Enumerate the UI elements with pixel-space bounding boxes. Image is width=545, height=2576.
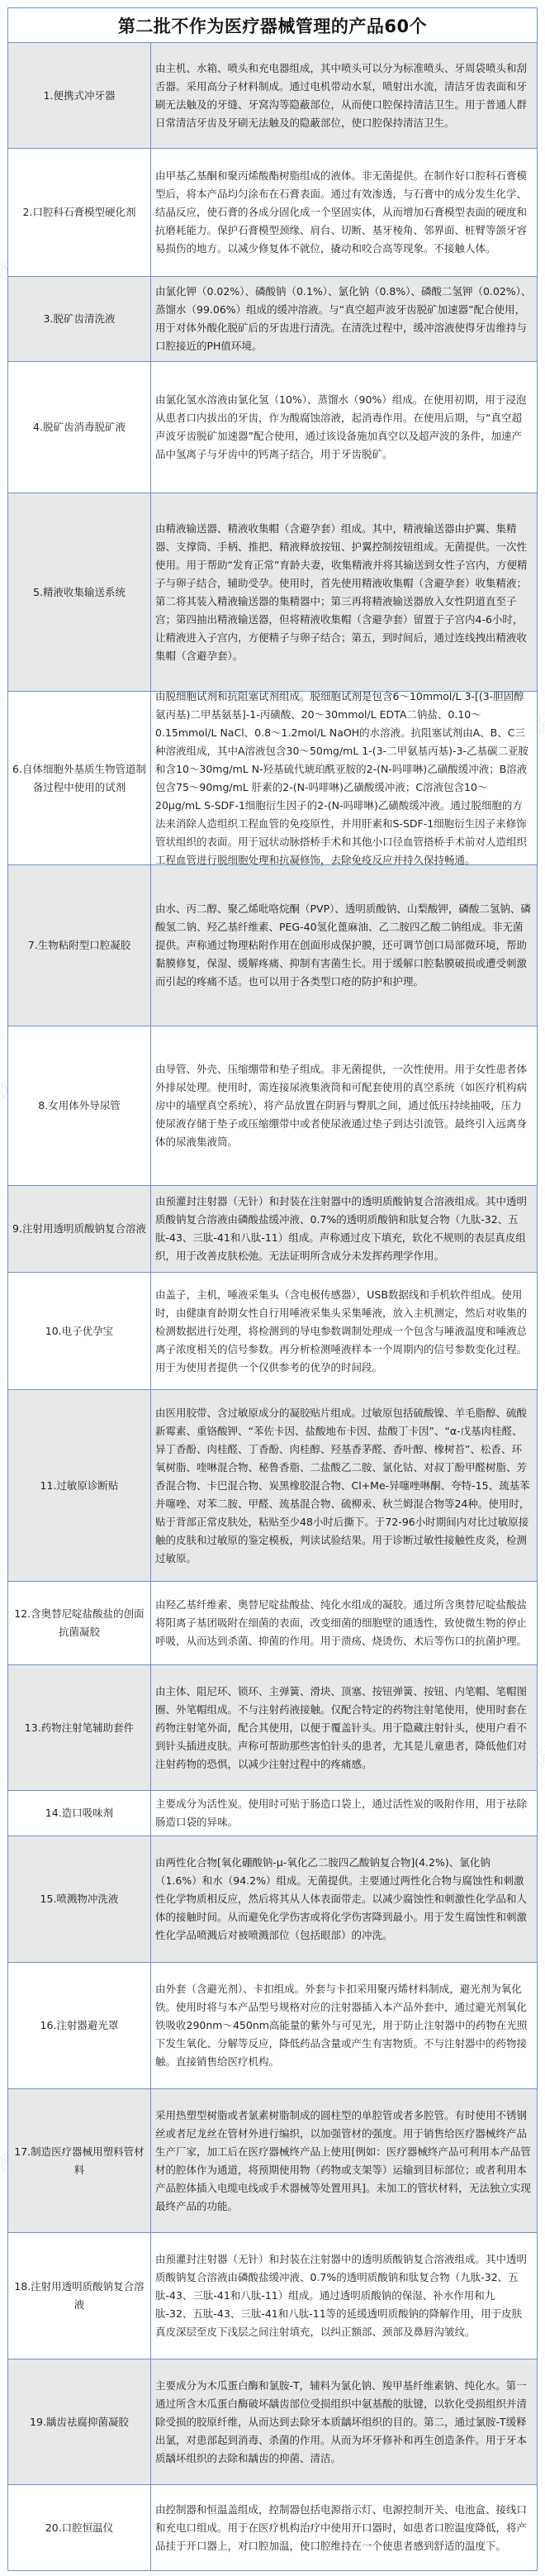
table-row: 2.口腔科石膏模型硬化剂 由甲基乙基酮和聚丙烯酸酯树脂组成的液体。非无菌提供。在… [8, 149, 537, 277]
table-row: 16.注射器避光罩 由外套（含避光剂）、卡扣组成。外套与卡扣采用聚丙烯材料制成，… [8, 1963, 537, 2089]
product-name: 14.造口吸味剂 [8, 1791, 151, 1836]
product-name: 11.过敏原诊断贴 [8, 1390, 151, 1581]
product-description: 由主机、水箱、喷头和充电器组成，其中喷头可以分为标准喷头、牙周袋喷头和刮舌器。采… [151, 43, 537, 148]
product-description: 由外套（含避光剂）、卡扣组成。外套与卡扣采用聚丙烯材料制成，避光剂为氧化铁。使用… [151, 1963, 537, 2088]
product-name: 13.药物注射笔辅助套件 [8, 1665, 151, 1790]
product-description: 由羟乙基纤维素、奥替尼啶盐酸盐、纯化水组成的凝胶。通过所含奥替尼啶盐酸盐将阳离子… [151, 1582, 537, 1664]
product-name: 4.脱矿齿消毒脱矿液 [8, 362, 151, 493]
table-row: 17.制造医疗器械用塑料管材料 采用热塑型树脂或者氯素树脂制成的圆柱型的单腔管或… [8, 2089, 537, 2233]
product-description: 由氯化氢水溶液由氯化氢（10%）、蒸馏水（90%）组成。在使用初期，用于浸泡从患… [151, 362, 537, 493]
product-name: 15.喷溅物冲洗液 [8, 1836, 151, 1962]
table-row: 14.造口吸味剂 主要成分为活性炭。使用时可贴于肠造口袋上，通过活性炭的吸附作用… [8, 1791, 537, 1836]
table-row: 4.脱矿齿消毒脱矿液 由氯化氢水溶液由氯化氢（10%）、蒸馏水（90%）组成。在… [8, 362, 537, 493]
product-description: 由预灌封注射器（无针）和封装在注射器中的透明质酸钠复合溶液组成。其中透明质酸钠复… [151, 2233, 537, 2359]
product-table: 第二批不作为医疗器械管理的产品60个 1.便携式冲牙器 由主机、水箱、喷头和充电… [7, 7, 538, 2571]
product-description: 由导管、外壳、压缩绷带和垫子组成。非无菌提供，一次性使用。用于女性患者体外排尿处… [151, 1026, 537, 1185]
table-row: 7.生物粘附型口腔凝胶 由水、丙二醇、聚乙烯吡咯烷酮（PVP）、透明质酸钠、山梨… [8, 865, 537, 1026]
product-description: 由甲基乙基酮和聚丙烯酸酯树脂组成的液体。非无菌提供。在制作好口腔科石膏模型后，将… [151, 149, 537, 276]
table-row: 15.喷溅物冲洗液 由两性化合物[氧化硼酸钠-μ-氧化乙二胺四乙酸钠复合物](4… [8, 1836, 537, 1963]
product-description: 由脱细胞试剂和抗阻塞试剂组成。脱细胞试剂是包含6～10mmol/L 3-[(3-… [151, 692, 537, 864]
table-row: 13.药物注射笔辅助套件 由主体、阻尼环、锁环、主弹簧、滑块、顶塞、按钮弹簧、按… [8, 1665, 537, 1791]
product-name: 10.电子优孕宝 [8, 1273, 151, 1389]
table-row: 6.自体细胞外基质生物管道制备过程中使用的试剂 由脱细胞试剂和抗阻塞试剂组成。脱… [8, 692, 537, 865]
table-row: 1.便携式冲牙器 由主机、水箱、喷头和充电器组成，其中喷头可以分为标准喷头、牙周… [8, 43, 537, 149]
table-row: 9.注射用透明质酸钠复合溶液 由预灌封注射器（无针）和封装在注射器中的透明质酸钠… [8, 1186, 537, 1273]
table-row: 18.注射用透明质酸钠复合溶液 由预灌封注射器（无针）和封装在注射器中的透明质酸… [8, 2233, 537, 2359]
product-description: 由精液输送器、精液收集帽（含避孕套）组成。其中，精液输送器由护翼、集精器、支撑筒… [151, 493, 537, 691]
product-description: 由主体、阻尼环、锁环、主弹簧、滑块、顶塞、按钮弹簧、按钮、内笔帽、笔帽图圈、外笔… [151, 1665, 537, 1790]
table-row: 10.电子优孕宝 由盖子，主机，唾液采集头（含电极传感器），USB数据线和手机软… [8, 1273, 537, 1390]
product-name: 19.龋齿祛腐抑菌凝胶 [8, 2359, 151, 2484]
product-description: 主要成分为木瓜蛋白酶和氯胺-T，辅料为氯化钠、羧甲基纤维素钠、纯化水。第一通过所… [151, 2359, 537, 2484]
table-row: 20.口腔恒温仪 由控制器和恒温盖组成，控制器包括电源指示灯、电源控制开关、电池… [8, 2485, 537, 2570]
product-name: 20.口腔恒温仪 [8, 2485, 151, 2570]
table-row: 3.脱矿齿清洗液 由氯化钾（0.02%）、磷酸钠（0.1%）、氯化钠（0.8%）… [8, 277, 537, 362]
product-name: 1.便携式冲牙器 [8, 43, 151, 148]
table-row: 11.过敏原诊断贴 由医用胶带、含过敏原成分的凝胶贴片组成。过敏原包括硫酸镍、羊… [8, 1390, 537, 1582]
product-name: 12.含奥替尼啶盐酸盐的创面抗菌凝胶 [8, 1582, 151, 1664]
product-name: 5.精液收集输送系统 [8, 493, 151, 691]
product-name: 6.自体细胞外基质生物管道制备过程中使用的试剂 [8, 692, 151, 864]
product-description: 由水、丙二醇、聚乙烯吡咯烷酮（PVP）、透明质酸钠、山梨酸钾，磷酸二氢钠、磷酸氢… [151, 865, 537, 1026]
table-row: 5.精液收集输送系统 由精液输送器、精液收集帽（含避孕套）组成。其中，精液输送器… [8, 493, 537, 692]
product-name: 18.注射用透明质酸钠复合溶液 [8, 2233, 151, 2359]
product-name: 9.注射用透明质酸钠复合溶液 [8, 1186, 151, 1272]
table-row: 8.女用体外导尿管 由导管、外壳、压缩绷带和垫子组成。非无菌提供，一次性使用。用… [8, 1026, 537, 1186]
product-name: 2.口腔科石膏模型硬化剂 [8, 149, 151, 276]
product-name: 16.注射器避光罩 [8, 1963, 151, 2088]
product-description: 主要成分为活性炭。使用时可贴于肠造口袋上，通过活性炭的吸附作用，用于祛除肠造口袋… [151, 1791, 537, 1836]
product-name: 3.脱矿齿清洗液 [8, 277, 151, 361]
table-row: 12.含奥替尼啶盐酸盐的创面抗菌凝胶 由羟乙基纤维素、奥替尼啶盐酸盐、纯化水组成… [8, 1582, 537, 1665]
product-description: 由预灌封注射器（无针）和封装在注射器中的透明质酸钠复合溶液组成。其中透明质酸钠复… [151, 1186, 537, 1272]
product-name: 8.女用体外导尿管 [8, 1026, 151, 1185]
product-description: 采用热塑型树脂或者氯素树脂制成的圆柱型的单腔管或者多腔管。有时使用不锈钢丝或者尼… [151, 2089, 537, 2232]
product-description: 由氯化钾（0.02%）、磷酸钠（0.1%）、氯化钠（0.8%）、磷酸二氢钾（0.… [151, 277, 537, 361]
product-description: 由两性化合物[氧化硼酸钠-μ-氧化乙二胺四乙酸钠复合物](4.2%)、氯化钠（1… [151, 1836, 537, 1962]
product-name: 17.制造医疗器械用塑料管材料 [8, 2089, 151, 2232]
product-name: 7.生物粘附型口腔凝胶 [8, 865, 151, 1026]
product-description: 由盖子，主机，唾液采集头（含电极传感器），USB数据线和手机软件组成。使用时，由… [151, 1273, 537, 1389]
table-title: 第二批不作为医疗器械管理的产品60个 [8, 8, 537, 43]
product-description: 由控制器和恒温盖组成，控制器包括电源指示灯、电源控制开关、电池盒、接线口和充电口… [151, 2485, 537, 2570]
table-row: 19.龋齿祛腐抑菌凝胶 主要成分为木瓜蛋白酶和氯胺-T，辅料为氯化钠、羧甲基纤维… [8, 2359, 537, 2485]
product-description: 由医用胶带、含过敏原成分的凝胶贴片组成。过敏原包括硫酸镍、羊毛脂醇、硫酸新霉素、… [151, 1390, 537, 1581]
